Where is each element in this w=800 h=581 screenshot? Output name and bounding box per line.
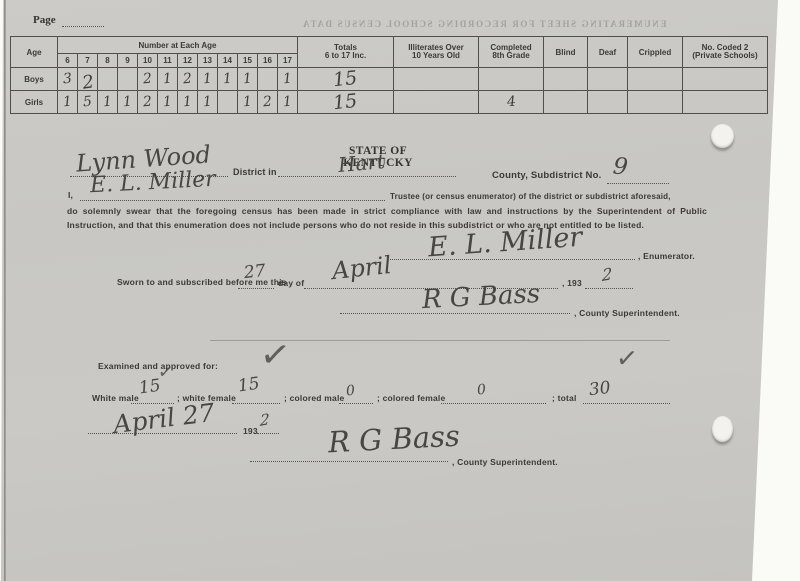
- boys-crippled-value: [628, 68, 683, 91]
- age-col-10: 10: [138, 54, 158, 68]
- sworn-day-handwriting: 27: [243, 263, 266, 282]
- age-col-6: 6: [58, 54, 78, 68]
- age-col-8: 8: [98, 54, 118, 68]
- girls-age12-value: 1: [182, 94, 192, 111]
- age-col-17: 17: [278, 54, 298, 68]
- approval-year-value: 2: [260, 412, 270, 429]
- colored-female-line: [441, 403, 546, 404]
- col-header-blind: Blind: [544, 37, 588, 68]
- white-male-label: White male: [92, 393, 139, 403]
- boys-age13-value: 1: [202, 71, 212, 88]
- girls-age6-value: 1: [62, 94, 72, 111]
- colored-female-value: 0: [476, 383, 486, 398]
- scanned-census-document: ENUMERATING SHEET FOR RECORDING SCHOOL C…: [0, 0, 800, 581]
- col-header-age: Age: [11, 37, 58, 68]
- table-row-boys: Boys 3 2 2 1 2 1 1 1 1 15: [11, 68, 768, 91]
- age-col-7: 7: [78, 54, 98, 68]
- boys-coded-value: [683, 68, 768, 91]
- boys-age11-value: 1: [162, 71, 172, 88]
- girls-age13-value: 1: [202, 94, 212, 111]
- superintendent-label-1: , County Superintendent.: [574, 308, 680, 318]
- col-header-illiterates: Illiterates Over 10 Years Old: [394, 37, 479, 68]
- checkmark-icon: ✓: [615, 345, 639, 373]
- girls-age10-value: 2: [142, 94, 152, 111]
- girls-age9-value: 1: [122, 94, 132, 111]
- girls-crippled-value: [628, 91, 683, 114]
- superintendent-signature-line-2: [250, 461, 448, 462]
- superintendent-signature-1: R G Bass: [421, 281, 540, 313]
- col-header-number-at-each-age: Number at Each Age: [58, 37, 298, 54]
- paper-sheet: ENUMERATING SHEET FOR RECORDING SCHOOL C…: [0, 0, 800, 581]
- year-prefix-label: , 193: [562, 278, 582, 288]
- girls-deaf-value: [588, 91, 628, 114]
- boys-age16-value: [258, 68, 278, 91]
- total-value: 30: [588, 380, 612, 400]
- boys-age6-value: 3: [62, 71, 72, 88]
- girls-coded-value: [683, 91, 768, 114]
- girls-completed-value: 4: [506, 94, 516, 111]
- girls-age14-value: [218, 91, 238, 114]
- boys-blind-value: [544, 68, 588, 91]
- col-header-totals: Totals 6 to 17 Inc.: [298, 37, 394, 68]
- colored-female-label: ; colored female: [377, 393, 445, 403]
- total-label: ; total: [552, 393, 577, 403]
- girls-age7-value: 5: [82, 94, 92, 111]
- oath-line2: do solemnly swear that the foregoing cen…: [67, 206, 707, 216]
- boys-total-value: 15: [332, 67, 358, 91]
- checkmark-icon: ✓: [258, 336, 293, 376]
- sworn-day-line: [238, 288, 274, 289]
- girls-age15-value: 1: [242, 94, 252, 111]
- girls-age8-value: 1: [102, 94, 112, 111]
- girls-illiterates-value: [394, 91, 479, 114]
- col-header-completed-8th: Completed 8th Grade: [479, 37, 544, 68]
- girls-blind-value: [544, 91, 588, 114]
- enumerator-label: , Enumerator.: [638, 251, 695, 261]
- girls-age11-value: 1: [162, 94, 172, 111]
- boys-completed-value: [479, 68, 544, 91]
- table-row-girls: Girls 1 5 1 1 2 1 1 1 1 2 1 15 4: [11, 91, 768, 114]
- colored-male-value: 0: [345, 384, 355, 399]
- bleedthrough-title: ENUMERATING SHEET FOR RECORDING SCHOOL C…: [245, 19, 723, 29]
- census-count-table: Age Number at Each Age Totals 6 to 17 In…: [10, 36, 768, 114]
- girls-age16-value: 2: [262, 94, 272, 111]
- colored-male-line: [339, 403, 373, 404]
- day-of-label: day of: [278, 278, 304, 288]
- boys-age12-value: 2: [182, 71, 192, 88]
- subdistrict-number-line: [607, 183, 669, 184]
- district-in-label: District in: [233, 167, 277, 177]
- age-col-9: 9: [118, 54, 138, 68]
- subdistrict-number-handwriting: 9: [612, 155, 629, 179]
- coded-header-line2: (Private Schools): [692, 51, 757, 60]
- paper-left-edge: [4, 0, 6, 581]
- boys-illiterates-value: [394, 68, 479, 91]
- col-header-deaf: Deaf: [588, 37, 628, 68]
- i-label: I,: [68, 190, 73, 200]
- approval-year-prefix: 193: [243, 426, 258, 436]
- boys-age7-value: 2: [81, 71, 95, 93]
- page-label: Page: [33, 14, 56, 26]
- age-col-11: 11: [158, 54, 178, 68]
- row-label-girls: Girls: [11, 91, 58, 114]
- girls-total-value: 15: [332, 90, 358, 114]
- total-line: [583, 403, 670, 404]
- approval-year-line: [257, 433, 279, 434]
- age-col-15: 15: [238, 54, 258, 68]
- oath-line1: Trustee (or census enumerator) of the di…: [390, 192, 671, 201]
- col-header-crippled: Crippled: [628, 37, 683, 68]
- age-col-13: 13: [198, 54, 218, 68]
- trustee-name-line: [80, 200, 385, 201]
- col-header-no-coded: No. Coded 2 (Private Schools): [683, 37, 768, 68]
- approval-date-line: [88, 433, 237, 434]
- county-subdistrict-label: County, Subdistrict No.: [492, 170, 601, 181]
- punch-hole-top: [711, 124, 734, 148]
- completed-header-line2: 8th Grade: [492, 51, 529, 60]
- superintendent-signature-line-1: [340, 313, 570, 314]
- white-female-line: [232, 403, 280, 404]
- superintendent-label-2: , County Superintendent.: [452, 457, 558, 467]
- boys-deaf-value: [588, 68, 628, 91]
- age-col-16: 16: [258, 54, 278, 68]
- boys-age14-value: 1: [222, 71, 232, 88]
- row-label-boys: Boys: [11, 68, 58, 91]
- boys-age10-value: 2: [142, 71, 152, 88]
- boys-age9-value: [118, 68, 138, 91]
- girls-age17-value: 1: [282, 94, 292, 111]
- trustee-name-handwriting: E. L. Miller: [90, 169, 217, 198]
- boys-age8-value: [98, 68, 118, 91]
- sworn-month-handwriting: April: [331, 253, 393, 283]
- white-female-value: 15: [237, 376, 261, 396]
- white-male-value: 15: [138, 378, 162, 398]
- county-name-handwriting: Hart: [337, 151, 386, 175]
- boys-age15-value: 1: [242, 71, 252, 88]
- superintendent-signature-2: R G Bass: [327, 422, 460, 458]
- colored-male-label: ; colored male: [284, 393, 344, 403]
- age-col-12: 12: [178, 54, 198, 68]
- enumerator-signature-line: [390, 259, 635, 260]
- page-number-line: [62, 26, 104, 27]
- age-col-14: 14: [218, 54, 238, 68]
- illiterates-header-line2: 10 Years Old: [412, 51, 460, 60]
- county-name-line: [278, 176, 456, 177]
- totals-header-line2: 6 to 17 Inc.: [325, 51, 366, 60]
- punch-hole-bottom: [712, 416, 733, 442]
- approval-date-handwriting: April 27: [112, 400, 216, 437]
- year-line: [585, 288, 633, 289]
- year-value-handwriting: 2: [602, 266, 613, 284]
- boys-age17-value: 1: [282, 71, 292, 88]
